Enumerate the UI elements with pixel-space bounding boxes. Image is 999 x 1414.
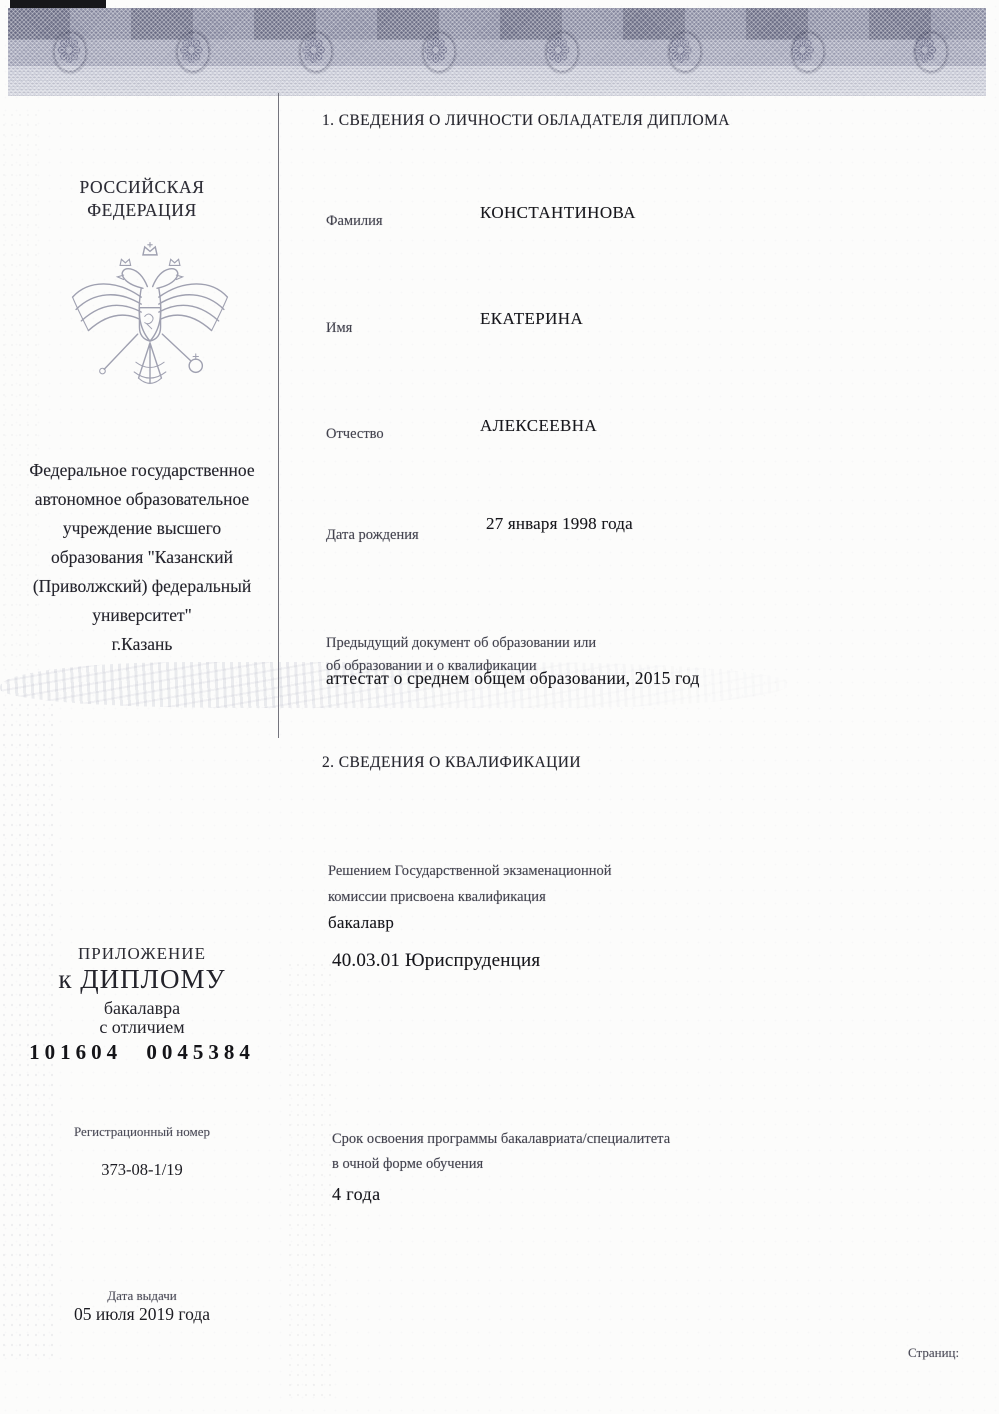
supplement-title-diploma: к ДИПЛОМУ bbox=[6, 964, 278, 995]
rosette-icon: ❁ bbox=[912, 35, 937, 70]
rosette-icon: ❁ bbox=[179, 35, 204, 70]
patronymic-label: Отчество bbox=[326, 426, 384, 443]
column-divider-line bbox=[278, 93, 279, 738]
program-code-and-name: 40.03.01 Юриспруденция bbox=[332, 950, 540, 972]
serial-number: 101604 0045384 bbox=[6, 1040, 278, 1065]
registration-number-label: Регистрационный номер bbox=[6, 1124, 278, 1140]
issue-date: 05 июля 2019 года bbox=[6, 1304, 278, 1325]
lastname-value: КОНСТАНТИНОВА bbox=[480, 203, 636, 223]
section2-title: 2. СВЕДЕНИЯ О КВАЛИФИКАЦИИ bbox=[322, 754, 581, 772]
rosette-icon: ❁ bbox=[546, 35, 571, 70]
diploma-supplement-scan: ❁ ❁ ❁ ❁ ❁ ❁ ❁ ❁ РОССИЙСКАЯ ФЕДЕРАЦИЯ bbox=[0, 0, 999, 1414]
rosette-row: ❁ ❁ ❁ ❁ ❁ ❁ ❁ ❁ bbox=[8, 8, 986, 96]
institution-name: Федеральное государственное автономное о… bbox=[6, 456, 278, 659]
lastname-label: Фамилия bbox=[326, 213, 383, 230]
rosette-icon: ❁ bbox=[790, 35, 815, 70]
guilloche-ornament-band: ❁ ❁ ❁ ❁ ❁ ❁ ❁ ❁ bbox=[8, 8, 986, 96]
previous-document-value: аттестат о среднем общем образовании, 20… bbox=[326, 668, 700, 689]
qualification-value: бакалавр bbox=[328, 913, 394, 933]
rosette-icon: ❁ bbox=[301, 35, 326, 70]
section1-title: 1. СВЕДЕНИЯ О ЛИЧНОСТИ ОБЛАДАТЕЛЯ ДИПЛОМ… bbox=[322, 112, 730, 130]
firstname-value: ЕКАТЕРИНА bbox=[480, 309, 583, 329]
birthdate-value: 27 января 1998 года bbox=[486, 514, 633, 534]
firstname-label: Имя bbox=[326, 320, 352, 337]
rosette-icon: ❁ bbox=[57, 35, 82, 70]
rosette-icon: ❁ bbox=[668, 35, 693, 70]
birthdate-label: Дата рождения bbox=[326, 527, 419, 544]
rosette-icon: ❁ bbox=[423, 35, 448, 70]
russia-coat-of-arms-icon bbox=[62, 230, 238, 410]
qualification-label: Решением Государственной экзаменационной… bbox=[328, 858, 612, 910]
honours-note: с отличием bbox=[6, 1017, 278, 1038]
country-title: РОССИЙСКАЯ ФЕДЕРАЦИЯ bbox=[6, 176, 278, 222]
supplement-title: ПРИЛОЖЕНИЕ bbox=[6, 944, 278, 964]
duration-label: Срок освоения программы бакалавриата/спе… bbox=[332, 1127, 670, 1177]
registration-number: 373-08-1/19 bbox=[6, 1160, 278, 1180]
patronymic-value: АЛЕКСЕЕВНА bbox=[480, 416, 597, 436]
issue-date-label: Дата выдачи bbox=[6, 1288, 278, 1304]
degree-level: бакалавра bbox=[6, 998, 278, 1019]
scan-noise-mid bbox=[286, 960, 332, 1400]
duration-value: 4 года bbox=[332, 1184, 380, 1205]
pages-label: Страниц: bbox=[908, 1345, 959, 1361]
